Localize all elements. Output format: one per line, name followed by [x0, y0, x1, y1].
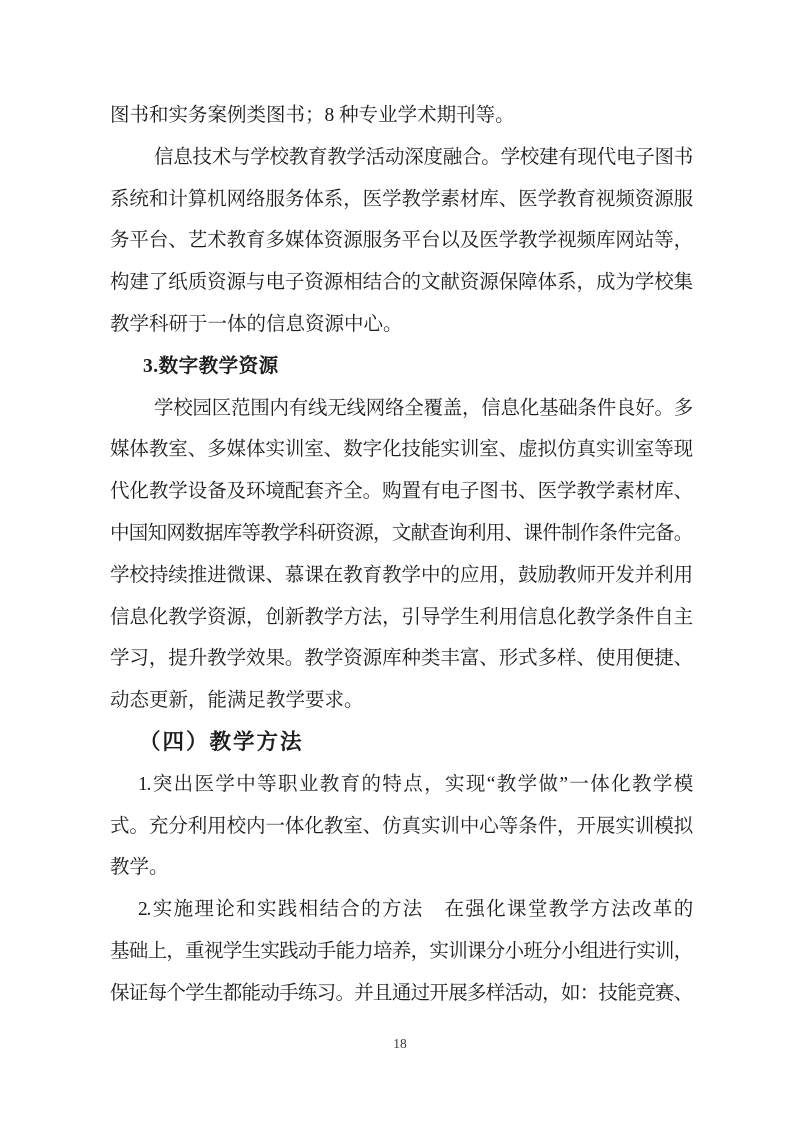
section-heading: 3.数字教学资源 [110, 346, 692, 388]
text-line: 信息技术与学校教育教学活动深度融合。学校建有现代电子图书 [110, 137, 692, 179]
text-line: 2.实施理论和实践相结合的方法 在强化课堂教学方法改革的 [110, 889, 692, 931]
text-line: 保证每个学生都能动手练习。并且通过开展多样活动，如：技能竞赛、 [110, 973, 692, 1015]
text-line: 媒体教室、多媒体实训室、数字化技能实训室、虚拟仿真实训室等现 [110, 429, 692, 471]
text-line: 代化教学设备及环境配套齐全。购置有电子图书、医学教学素材库、 [110, 471, 692, 513]
text-line: 学习，提升教学效果。教学资源库种类丰富、形式多样、使用便捷、 [110, 638, 692, 680]
section-heading: （四）教学方法 [110, 722, 692, 764]
page-number: 18 [0, 1036, 800, 1052]
text-line: 学校持续推进微课、慕课在教育教学中的应用，鼓励教师开发并利用 [110, 555, 692, 597]
text-line: 基础上，重视学生实践动手能力培养，实训课分小班分小组进行实训， [110, 931, 692, 973]
text-line: 动态更新，能满足教学要求。 [110, 680, 692, 722]
text-line: 中国知网数据库等教学科研资源，文献查询利用、课件制作条件完备。 [110, 513, 692, 555]
text-line: 式。充分利用校内一体化教室、仿真实训中心等条件，开展实训模拟 [110, 806, 692, 848]
text-line: 教学科研于一体的信息资源中心。 [110, 304, 692, 346]
document-page: 图书和实务案例类图书；8 种专业学术期刊等。信息技术与学校教育教学活动深度融合。… [0, 0, 800, 1131]
text-line: 构建了纸质资源与电子资源相结合的文献资源保障体系，成为学校集 [110, 262, 692, 304]
text-line: 图书和实务案例类图书；8 种专业学术期刊等。 [110, 95, 692, 137]
text-line: 信息化教学资源，创新教学方法，引导学生利用信息化教学条件自主 [110, 597, 692, 639]
text-line: 教学。 [110, 847, 692, 889]
document-body: 图书和实务案例类图书；8 种专业学术期刊等。信息技术与学校教育教学活动深度融合。… [110, 95, 692, 1015]
text-line: 学校园区范围内有线无线网络全覆盖，信息化基础条件良好。多 [110, 388, 692, 430]
text-line: 1.突出医学中等职业教育的特点，实现“教学做”一体化教学模 [110, 764, 692, 806]
text-line: 系统和计算机网络服务体系，医学教学素材库、医学教育视频资源服 [110, 179, 692, 221]
text-line: 务平台、艺术教育多媒体资源服务平台以及医学教学视频库网站等， [110, 220, 692, 262]
